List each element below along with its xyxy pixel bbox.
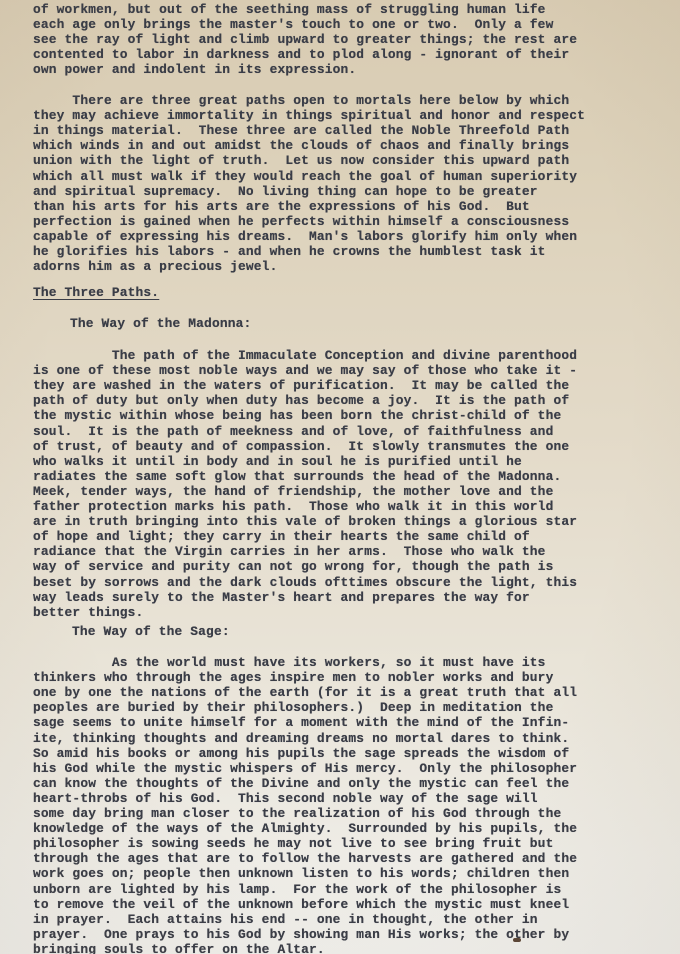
text-line: each age only brings the master's touch … (33, 17, 553, 32)
text-line: knowledge of the ways of the Almighty. S… (33, 821, 577, 836)
text-line: prayer. One prays to his God by showing … (33, 927, 569, 942)
text-line: contented to labor in darkness and to pl… (33, 47, 569, 62)
text-line: than his arts for his arts are the expre… (33, 199, 530, 214)
text-line: radiates the same soft glow that surroun… (33, 469, 561, 484)
typewritten-page: of workmen, but out of the seething mass… (0, 0, 680, 954)
text-line: way leads surely to the Master's heart a… (33, 590, 530, 605)
text-line: in prayer. Each attains his end -- one i… (33, 912, 538, 927)
text-line: they may achieve immortality in things s… (33, 108, 585, 123)
text-line: they are washed in the waters of purific… (33, 378, 569, 393)
text-line: So amid his books or among his pupils th… (33, 746, 569, 761)
text-line: beset by sorrows and the dark clouds oft… (33, 575, 577, 590)
text-line: to remove the veil of the unknown before… (33, 897, 569, 912)
text-line: union with the light of truth. Let us no… (33, 153, 569, 168)
text-line: and spiritual supremacy. No living thing… (33, 184, 538, 199)
text-line: soul. It is the path of meekness and of … (33, 424, 553, 439)
text-line: capable of expressing his dreams. Man's … (33, 229, 577, 244)
text-line: of workmen, but out of the seething mass… (33, 2, 546, 17)
sage-heading: The Way of the Sage: (72, 624, 230, 639)
text-line: the mystic within whose being has been b… (33, 408, 561, 423)
text-line: father protection marks his path. Those … (33, 499, 553, 514)
text-line: unborn are lighted by his lamp. For the … (33, 882, 561, 897)
text-line: work goes on; people then unknown listen… (33, 866, 569, 881)
text-line: see the ray of light and climb upward to… (33, 32, 577, 47)
text-line: As the world must have its workers, so i… (33, 655, 546, 670)
text-line: way of service and purity can not go wro… (33, 559, 553, 574)
text-line: There are three great paths open to mort… (33, 93, 569, 108)
text-line: radiance that the Virgin carries in her … (33, 544, 546, 559)
text-line: peoples are buried by their philosophers… (33, 700, 553, 715)
text-line: he glorifies his labors - and when he cr… (33, 244, 546, 259)
text-line: The path of the Immaculate Conception an… (33, 348, 577, 363)
text-line: which winds in and out amidst the clouds… (33, 138, 569, 153)
text-line: some day bring man closer to the realiza… (33, 806, 561, 821)
text-line: which all must walk if they would reach … (33, 169, 577, 184)
text-line: in things material. These three are call… (33, 123, 569, 138)
text-line: bringing souls to offer on the Altar. (33, 942, 325, 954)
text-line: own power and indolent in its expression… (33, 62, 356, 77)
section-heading: The Three Paths. (33, 285, 159, 300)
text-line: ite, thinking thoughts and dreaming drea… (33, 731, 569, 746)
text-line: who walks it until in body and in soul h… (33, 454, 522, 469)
text-line: can know the thoughts of the Divine and … (33, 776, 569, 791)
text-line: his God while the mystic whispers of His… (33, 761, 577, 776)
text-line: through the ages that are to follow the … (33, 851, 577, 866)
text-line: better things. (33, 605, 143, 620)
text-line: heart-throbs of his God. This second nob… (33, 791, 538, 806)
text-line: philosopher is sowing seeds he may not l… (33, 836, 553, 851)
text-line: adorns him as a precious jewel. (33, 259, 277, 274)
text-line: are in truth bringing into this vale of … (33, 514, 577, 529)
text-line: of hope and light; they carry in their h… (33, 529, 530, 544)
text-line: Meek, tender ways, the hand of friendshi… (33, 484, 553, 499)
text-line: of trust, of beauty and of compassion. I… (33, 439, 569, 454)
madonna-heading: The Way of the Madonna: (70, 316, 251, 331)
ink-stain (513, 938, 521, 942)
text-line: thinkers who through the ages inspire me… (33, 670, 553, 685)
text-line: path of duty but only when duty has beco… (33, 393, 569, 408)
text-line: perfection is gained when he perfects wi… (33, 214, 569, 229)
text-line: is one of these most noble ways and we m… (33, 363, 577, 378)
text-line: one by one the nations of the earth (for… (33, 685, 577, 700)
text-line: sage seems to unite himself for a moment… (33, 715, 569, 730)
